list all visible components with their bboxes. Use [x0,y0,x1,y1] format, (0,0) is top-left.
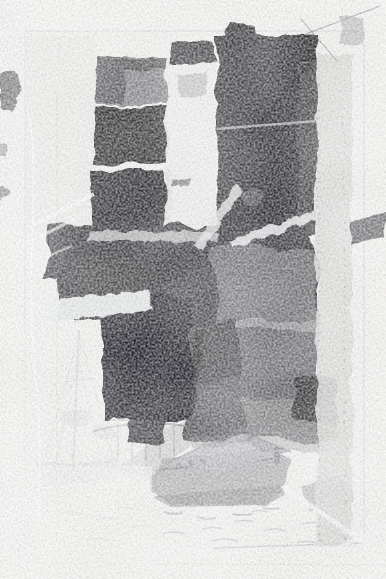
distressed-collage-artwork [0,0,386,579]
artwork-canvas [0,0,386,579]
artwork-shape-layer [0,0,386,579]
cloud-overlay [0,0,386,579]
